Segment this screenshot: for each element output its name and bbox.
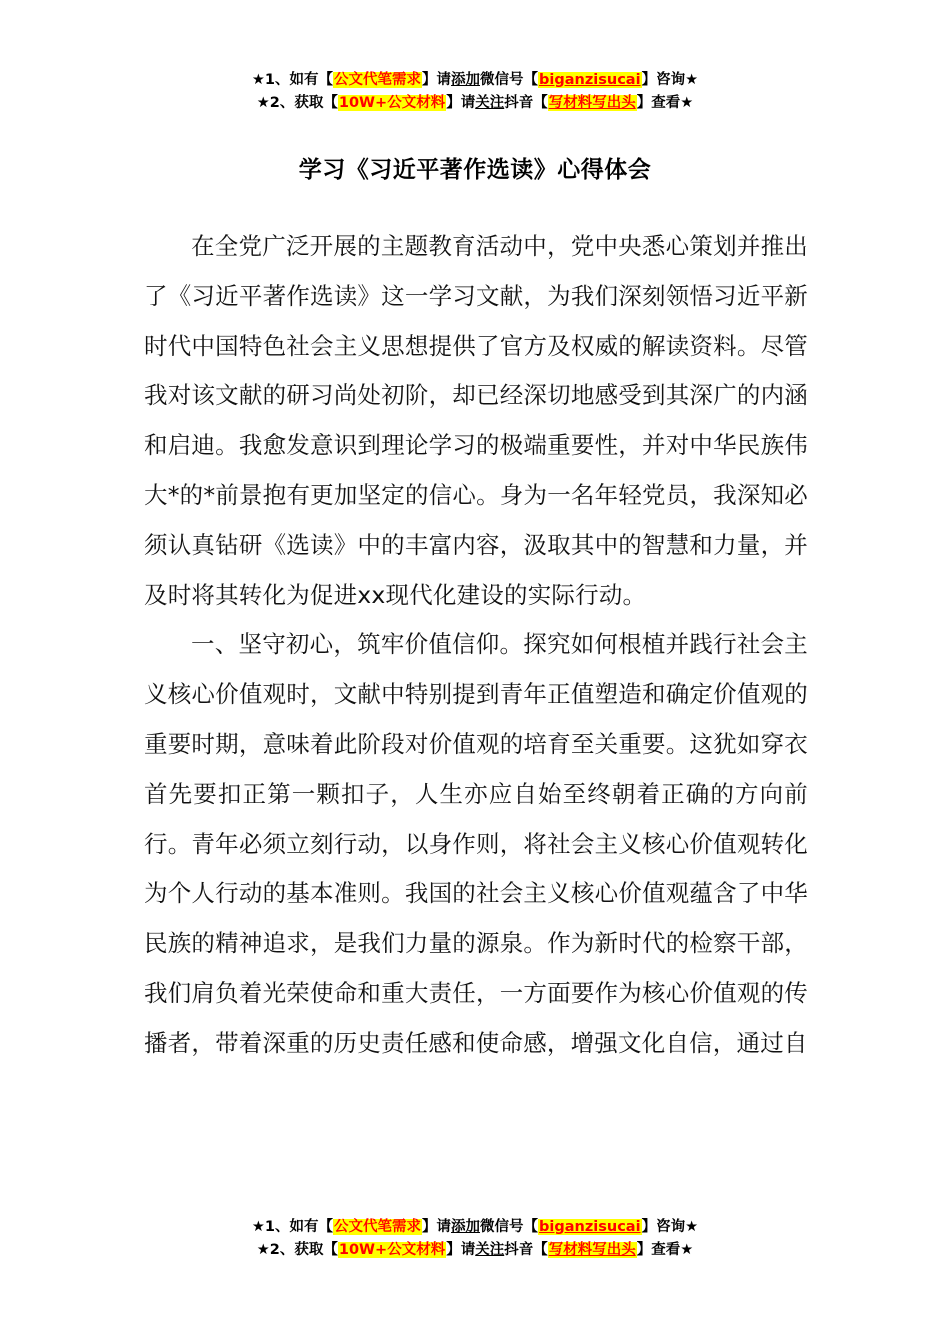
promo-line-1-suffix: 】咨询★ (642, 72, 699, 88)
promo-wechat-id: biganzisucai (538, 72, 642, 88)
promo-emphasis-follow: 关注 (475, 95, 504, 111)
promo-footer-line-2-mid1: 】请 (446, 1242, 475, 1258)
promo-footer-line-2-mid2: 抖音【 (504, 1242, 548, 1258)
promo-emphasis-add: 添加 (451, 72, 480, 88)
promo-footer-emphasis-add: 添加 (451, 1219, 480, 1235)
promo-footer-line-2: ★2、获取【10W+公文材料】请关注抖音【写材料写出头】查看★ (0, 1239, 950, 1262)
paragraph-intro: 在全党广泛开展的主题教育活动中，党中央悉心策划并推出了《习近平著作选读》这一学习… (144, 222, 808, 620)
promo-douyin-account: 写材料写出头 (548, 95, 637, 111)
promo-footer-line-1-mid1: 】请 (422, 1219, 451, 1235)
document-body: 在全党广泛开展的主题教育活动中，党中央悉心策划并推出了《习近平著作选读》这一学习… (144, 222, 808, 1069)
promo-footer-wechat-id: biganzisucai (538, 1219, 642, 1235)
paragraph-section-1: 一、坚守初心，筑牢价值信仰。探究如何根植并践行社会主义核心价值观时，文献中特别提… (144, 620, 808, 1068)
promo-footer-highlight-writing-service: 公文代笔需求 (333, 1219, 422, 1235)
promo-footer-emphasis-follow: 关注 (475, 1242, 504, 1258)
promo-footer-line-1-suffix: 】咨询★ (642, 1219, 699, 1235)
promo-footer-line-2-prefix: ★2、获取【 (257, 1242, 338, 1258)
promo-line-2-suffix: 】查看★ (637, 95, 694, 111)
promo-footer-douyin-account: 写材料写出头 (548, 1242, 637, 1258)
promo-line-1-prefix: ★1、如有【 (252, 72, 333, 88)
promo-highlight-materials: 10W+公文材料 (338, 95, 446, 111)
promo-footer-highlight-materials: 10W+公文材料 (338, 1242, 446, 1258)
promo-line-2: ★2、获取【10W+公文材料】请关注抖音【写材料写出头】查看★ (0, 92, 950, 115)
promo-line-2-prefix: ★2、获取【 (257, 95, 338, 111)
promo-line-1: ★1、如有【公文代笔需求】请添加微信号【biganzisucai】咨询★ (0, 69, 950, 92)
promo-footer: ★1、如有【公文代笔需求】请添加微信号【biganzisucai】咨询★ ★2、… (0, 1216, 950, 1262)
promo-footer-line-1: ★1、如有【公文代笔需求】请添加微信号【biganzisucai】咨询★ (0, 1216, 950, 1239)
promo-line-2-mid1: 】请 (446, 95, 475, 111)
promo-line-1-mid1: 】请 (422, 72, 451, 88)
promo-footer-line-1-mid2: 微信号【 (480, 1219, 538, 1235)
promo-header: ★1、如有【公文代笔需求】请添加微信号【biganzisucai】咨询★ ★2、… (0, 69, 950, 115)
promo-footer-line-2-suffix: 】查看★ (637, 1242, 694, 1258)
promo-line-1-mid2: 微信号【 (480, 72, 538, 88)
promo-footer-line-1-prefix: ★1、如有【 (252, 1219, 333, 1235)
promo-line-2-mid2: 抖音【 (504, 95, 548, 111)
promo-highlight-writing-service: 公文代笔需求 (333, 72, 422, 88)
document-title: 学习《习近平著作选读》心得体会 (0, 152, 950, 188)
